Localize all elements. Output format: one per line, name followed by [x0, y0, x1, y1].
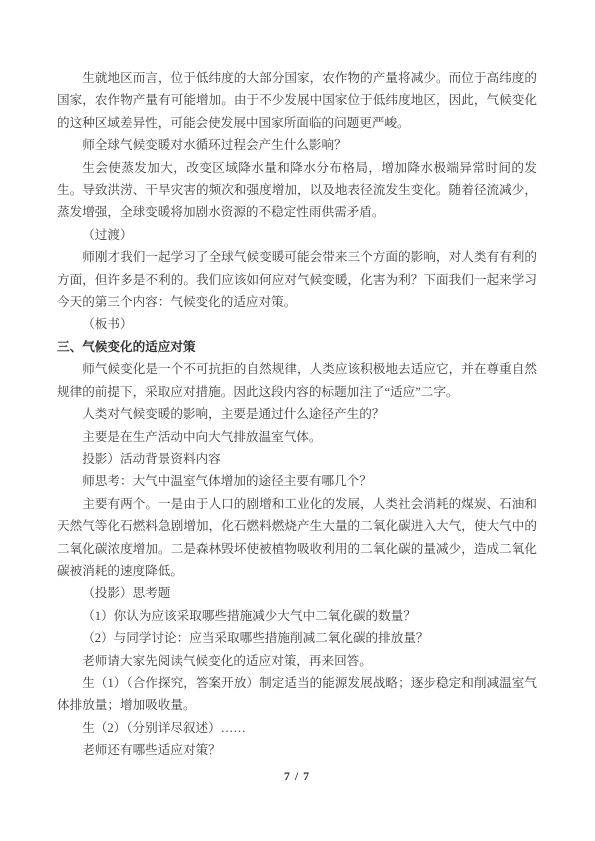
paragraph: 投影）活动背景资料内容 [57, 448, 537, 470]
paragraph: （2）与同学讨论：应当采取哪些措施削减二氧化碳的排放量？ [57, 627, 537, 649]
document-body: 生就地区而言，位于低纬度的大部分国家，农作物的产量将减少。而位于高纬度的国家，农… [57, 67, 537, 762]
paragraph: （投影）思考题 [57, 582, 537, 604]
paragraph: 主要有两个。一是由于人口的剧增和工业化的发展，人类社会消耗的煤炭、石油和天然气等… [57, 493, 537, 583]
paragraph: （过渡） [57, 224, 537, 246]
paragraph: 人类对气候变暖的影响，主要是通过什么途径产生的？ [57, 403, 537, 425]
section-heading: 三、气候变化的适应对策 [57, 336, 537, 358]
paragraph: 生会使蒸发加大，改变区域降水量和降水分布格局，增加降水极端异常时间的发生。导致洪… [57, 157, 537, 224]
paragraph: 师全球气候变暖对水循环过程会产生什么影响？ [57, 134, 537, 156]
paragraph: 老师还有哪些适应对策？ [57, 739, 537, 761]
page-number: 7 / 7 [57, 769, 537, 784]
paragraph: 师思考：大气中温室气体增加的途径主要有哪几个？ [57, 470, 537, 492]
paragraph: 师刚才我们一起学习了全球气候变暖可能会带来三个方面的影响，对人类有有利的方面，但… [57, 246, 537, 313]
paragraph: 主要是在生产活动中向大气排放温室气体。 [57, 426, 537, 448]
paragraph: （板书） [57, 313, 537, 335]
paragraph: （1）你认为应该采取哪些措施减少大气中二氧化碳的数量？ [57, 605, 537, 627]
document-page: 生就地区而言，位于低纬度的大部分国家，农作物的产量将减少。而位于高纬度的国家，农… [0, 0, 595, 841]
paragraph: 生（1）（合作探究，答案开放）制定适当的能源发展战略；逐步稳定和削减温室气体排放… [57, 672, 537, 717]
paragraph: 生（2）（分别详尽叙述）…… [57, 717, 537, 739]
paragraph: 生就地区而言，位于低纬度的大部分国家，农作物的产量将减少。而位于高纬度的国家，农… [57, 67, 537, 134]
paragraph: 老师请大家先阅读气候变化的适应对策，再来回答。 [57, 650, 537, 672]
paragraph: 师气候变化是一个不可抗拒的自然规律，人类应该积极地去适应它，并在尊重自然规律的前… [57, 358, 537, 403]
